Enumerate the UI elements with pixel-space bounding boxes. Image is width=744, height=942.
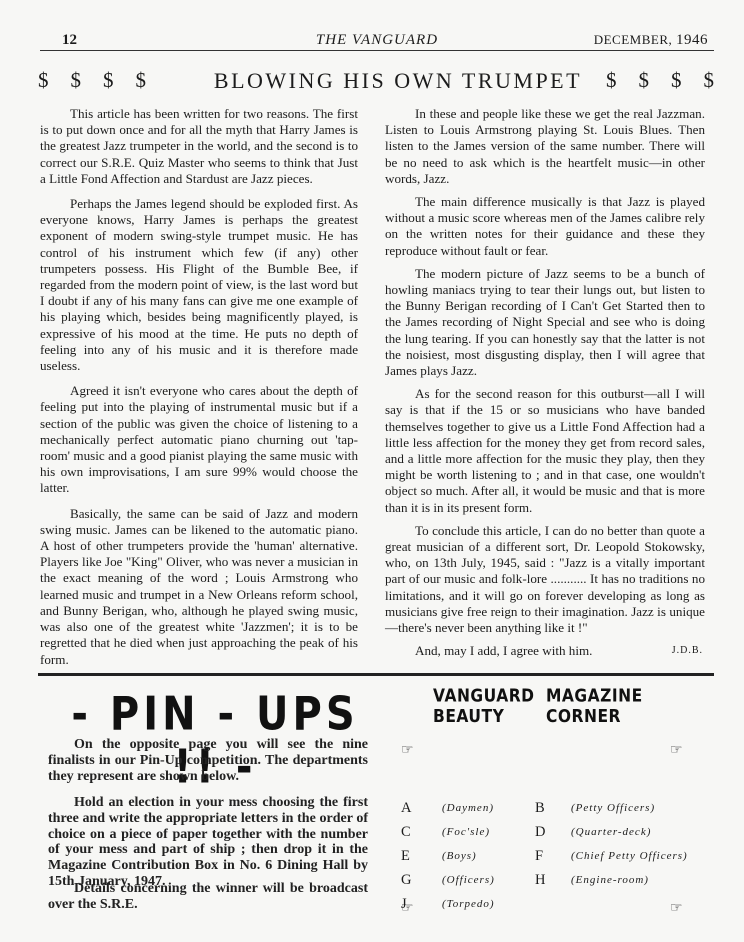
heading-word: BEAUTY: [433, 706, 535, 726]
pinups-paragraph: Hold an election in your mess choosing t…: [48, 795, 368, 890]
article-paragraph: Agreed it isn't everyone who cares about…: [40, 383, 358, 496]
issue-date: DECEMBER, 1946: [594, 32, 708, 49]
department-name: (Boys): [442, 850, 477, 862]
article-paragraph: Basically, the same can be said of Jazz …: [40, 506, 358, 668]
author-initials: J.D.B.: [672, 643, 705, 659]
dollar-decoration-right: $ $ $ $: [606, 68, 714, 93]
department-name: (Officers): [442, 874, 495, 886]
department-letter: C: [401, 824, 411, 841]
department-name: (Torpedo): [442, 898, 495, 910]
beauty-corner-heading-left: VANGUARD BEAUTY: [433, 686, 535, 726]
section-divider: [38, 673, 714, 676]
department-name: (Engine-room): [571, 874, 649, 886]
article-paragraph: To conclude this article, I can do no be…: [385, 523, 705, 636]
pointing-hand-icon: ☞: [670, 742, 683, 758]
department-letter: A: [401, 800, 411, 817]
article-title: BLOWING HIS OWN TRUMPET: [188, 68, 608, 94]
department-letter: F: [535, 848, 543, 865]
department-row: J (Torpedo): [400, 896, 720, 916]
department-letter: H: [535, 872, 545, 889]
article-paragraph: The modern picture of Jazz seems to be a…: [385, 266, 705, 379]
dollar-sign-icon: $: [136, 68, 147, 93]
department-row: E (Boys) F (Chief Petty Officers): [400, 848, 720, 868]
article-paragraph: As for the second reason for this outbur…: [385, 386, 705, 516]
article-title-bar: $ $ $ $ BLOWING HIS OWN TRUMPET $ $ $ $: [38, 68, 714, 94]
article-paragraph: The main difference musically is that Ja…: [385, 194, 705, 259]
article-paragraph: This article has been written for two re…: [40, 106, 358, 187]
department-letter: J: [401, 896, 407, 913]
dollar-sign-icon: $: [38, 68, 49, 93]
pinups-paragraph: On the opposite page you will see the ni…: [48, 737, 368, 784]
article-paragraph: Perhaps the James legend should be explo…: [40, 196, 358, 374]
pinups-paragraph: Details concerning the winner will be br…: [48, 881, 368, 913]
department-name: (Petty Officers): [571, 802, 655, 814]
heading-word: VANGUARD: [433, 686, 535, 706]
pinups-details: Details concerning the winner will be br…: [48, 881, 368, 913]
dollar-decoration-left: $ $ $ $: [38, 68, 146, 93]
pointing-hand-icon: ☞: [401, 742, 414, 758]
issue-year: 1946: [676, 32, 708, 48]
closing-line: And, may I add, I agree with him.: [415, 643, 592, 659]
department-letter: G: [401, 872, 411, 889]
running-header: 12 THE VANGUARD DECEMBER, 1946: [40, 28, 714, 51]
beauty-corner-heading-right: MAGAZINE CORNER: [546, 686, 643, 726]
article-right-column: In these and people like these we get th…: [385, 106, 705, 660]
department-name: (Quarter-deck): [571, 826, 651, 838]
dollar-sign-icon: $: [704, 68, 715, 93]
dollar-sign-icon: $: [103, 68, 114, 93]
heading-word: CORNER: [546, 706, 643, 726]
department-letter: E: [401, 848, 410, 865]
article-signoff: And, may I add, I agree with him. J.D.B.: [385, 643, 705, 659]
pinups-intro: On the opposite page you will see the ni…: [48, 737, 368, 784]
department-name: (Chief Petty Officers): [571, 850, 688, 862]
article-left-column: This article has been written for two re…: [40, 106, 358, 677]
pinups-instructions: Hold an election in your mess choosing t…: [48, 795, 368, 890]
department-row: A (Daymen) B (Petty Officers): [400, 800, 720, 820]
article-paragraph: In these and people like these we get th…: [385, 106, 705, 187]
department-row: C (Foc'sle) D (Quarter-deck): [400, 824, 720, 844]
department-letter: D: [535, 824, 545, 841]
department-name: (Foc'sle): [442, 826, 490, 838]
heading-word: MAGAZINE: [546, 686, 643, 706]
department-row: G (Officers) H (Engine-room): [400, 872, 720, 892]
department-name: (Daymen): [442, 802, 494, 814]
dollar-sign-icon: $: [606, 68, 617, 93]
dollar-sign-icon: $: [71, 68, 82, 93]
department-letter: B: [535, 800, 545, 817]
issue-month: DECEMBER,: [594, 32, 673, 47]
dollar-sign-icon: $: [639, 68, 650, 93]
dollar-sign-icon: $: [671, 68, 682, 93]
